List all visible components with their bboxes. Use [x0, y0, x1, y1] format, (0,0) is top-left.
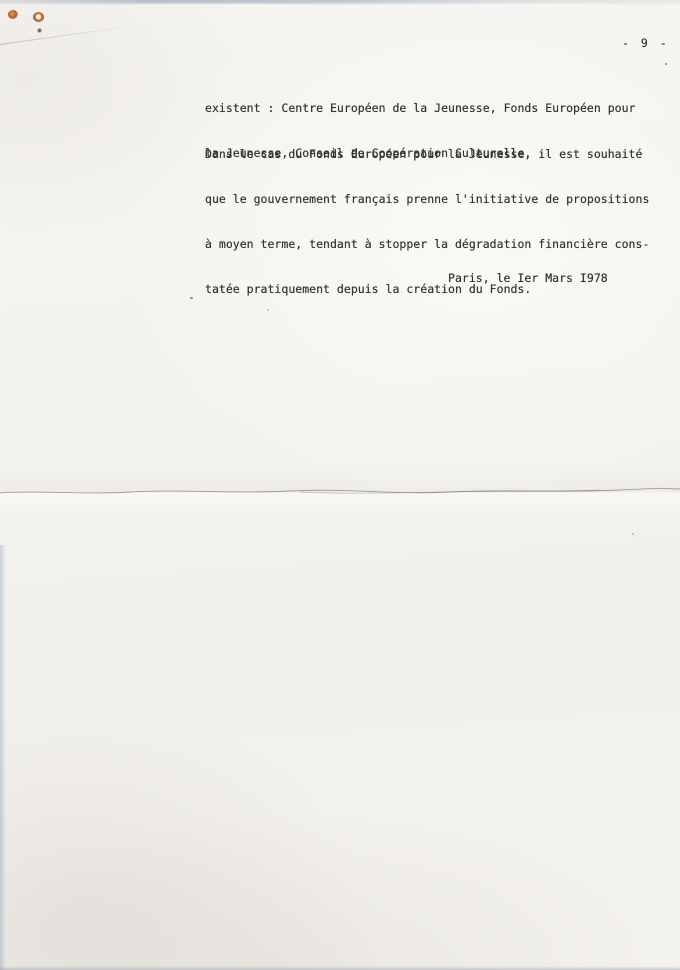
dateline: Paris, le Ier Mars I978	[448, 271, 608, 286]
paper-speck	[632, 533, 634, 535]
scanned-document-page: - 9 - existent : Centre Européen de la J…	[0, 0, 680, 970]
scan-edge-left	[0, 545, 6, 970]
staple-hole	[37, 28, 42, 33]
text-line: que le gouvernement français prenne l'in…	[205, 192, 649, 207]
fold-crease-horizontal	[0, 480, 680, 504]
rust-spot	[33, 12, 44, 22]
text-line: à moyen terme, tendant à stopper la dégr…	[205, 237, 649, 252]
paragraph: Dans le cas du Fonds Européen pour la Je…	[205, 117, 649, 327]
paper-speck	[665, 63, 667, 65]
fold-crease-topleft	[0, 27, 123, 45]
text-line: existent : Centre Européen de la Jeuness…	[205, 101, 636, 116]
page-number: - 9 -	[622, 36, 669, 51]
text-line: Dans le cas du Fonds Européen pour la Je…	[205, 147, 649, 162]
rust-spot	[8, 10, 18, 19]
scan-edge-top	[0, 0, 680, 5]
scan-edge-bottom	[0, 966, 680, 970]
paper-speck	[190, 297, 193, 299]
